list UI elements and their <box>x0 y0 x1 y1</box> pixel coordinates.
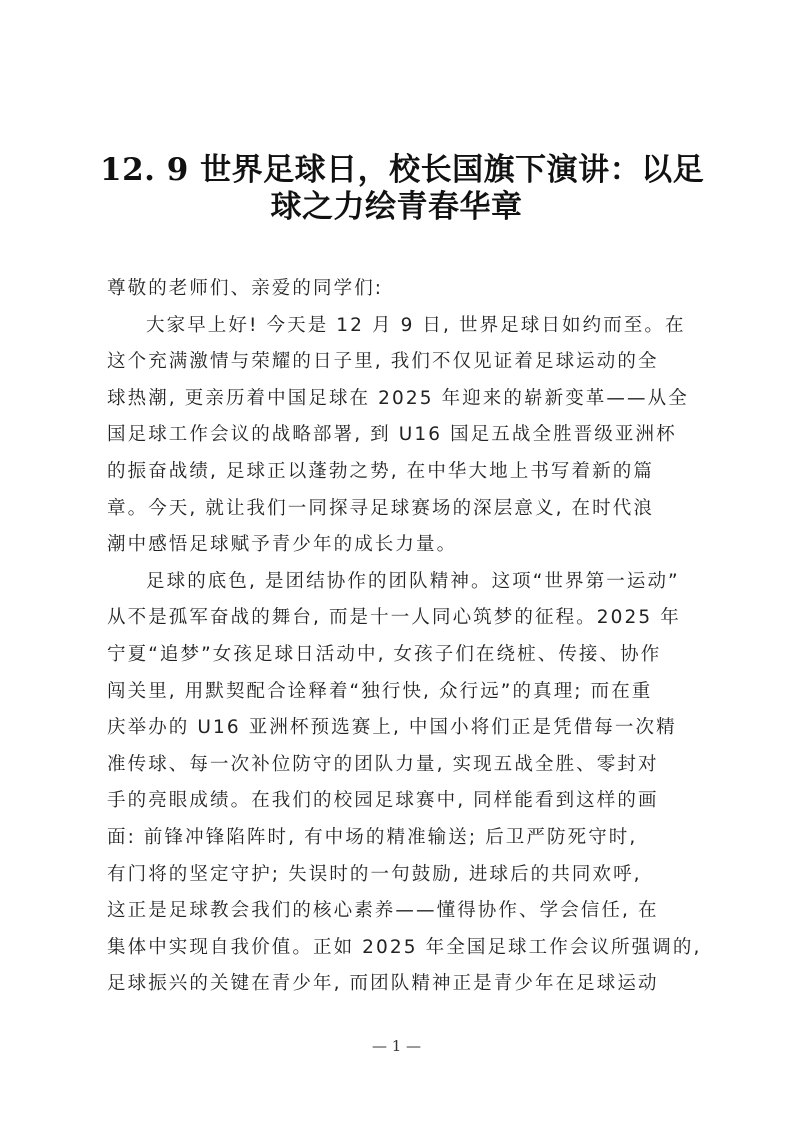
paragraph-line: 球热潮, 更亲历着中国足球在 2025 年迎来的崭新变革——从全 <box>107 381 687 418</box>
paragraph-line: 庆举办的 U16 亚洲杯预选赛上, 中国小将们正是凭借每一次精 <box>107 710 687 747</box>
page-number: — 1 — <box>0 1037 793 1055</box>
paragraph-line: 足球的底色, 是团结协作的团队精神。这项“世界第一运动” <box>107 564 687 601</box>
paragraph-line: 的振奋战绩, 足球正以蓬勃之势, 在中华大地上书写着新的篇 <box>107 454 687 491</box>
paragraph-line: 大家早上好! 今天是 12 月 9 日, 世界足球日如约而至。在 <box>107 308 687 345</box>
document-title: 12. 9 世界足球日，校长国旗下演讲：以足 球之力绘青春华章 <box>100 152 693 225</box>
paragraph-line: 章。今天, 就让我们一同探寻足球赛场的深层意义, 在时代浪 <box>107 491 687 528</box>
title-line-1: 12. 9 世界足球日，校长国旗下演讲：以足 <box>100 152 693 189</box>
paragraph-line: 闯关里, 用默契配合诠释着“独行快, 众行远”的真理; 而在重 <box>107 674 687 711</box>
paragraph-line: 这正是足球教会我们的核心素养——懂得协作、学会信任, 在 <box>107 893 687 930</box>
paragraph-line: 从不是孤军奋战的舞台, 而是十一人同心筑梦的征程。2025 年 <box>107 600 687 637</box>
paragraph-line: 潮中感悟足球赋予青少年的成长力量。 <box>107 527 687 564</box>
paragraph-line: 国足球工作会议的战略部署, 到 U16 国足五战全胜晋级亚洲杯 <box>107 417 687 454</box>
paragraph-line: 有门将的坚定守护; 失误时的一句鼓励, 进球后的共同欢呼, <box>107 857 687 894</box>
paragraph-line: 这个充满激情与荣耀的日子里, 我们不仅见证着足球运动的全 <box>107 344 687 381</box>
paragraph-line: 集体中实现自我价值。正如 2025 年全国足球工作会议所强调的, <box>107 930 687 967</box>
paragraph-line: 面: 前锋冲锋陷阵时, 有中场的精准输送; 后卫严防死守时, <box>107 820 687 857</box>
paragraph-line: 宁夏“追梦”女孩足球日活动中, 女孩子们在绕桩、传接、协作 <box>107 637 687 674</box>
document-page: 12. 9 世界足球日，校长国旗下演讲：以足 球之力绘青春华章 尊敬的老师们、亲… <box>0 0 793 1122</box>
paragraph-line: 准传球、每一次补位防守的团队力量, 实现五战全胜、零封对 <box>107 747 687 784</box>
paragraph-line: 足球振兴的关键在青少年, 而团队精神正是青少年在足球运动 <box>107 966 687 1003</box>
salutation: 尊敬的老师们、亲爱的同学们: <box>107 271 687 308</box>
title-line-2: 球之力绘青春华章 <box>100 189 693 226</box>
paragraph-line: 手的亮眼成绩。在我们的校园足球赛中, 同样能看到这样的画 <box>107 783 687 820</box>
document-body: 尊敬的老师们、亲爱的同学们: 大家早上好! 今天是 12 月 9 日, 世界足球… <box>107 271 687 1003</box>
